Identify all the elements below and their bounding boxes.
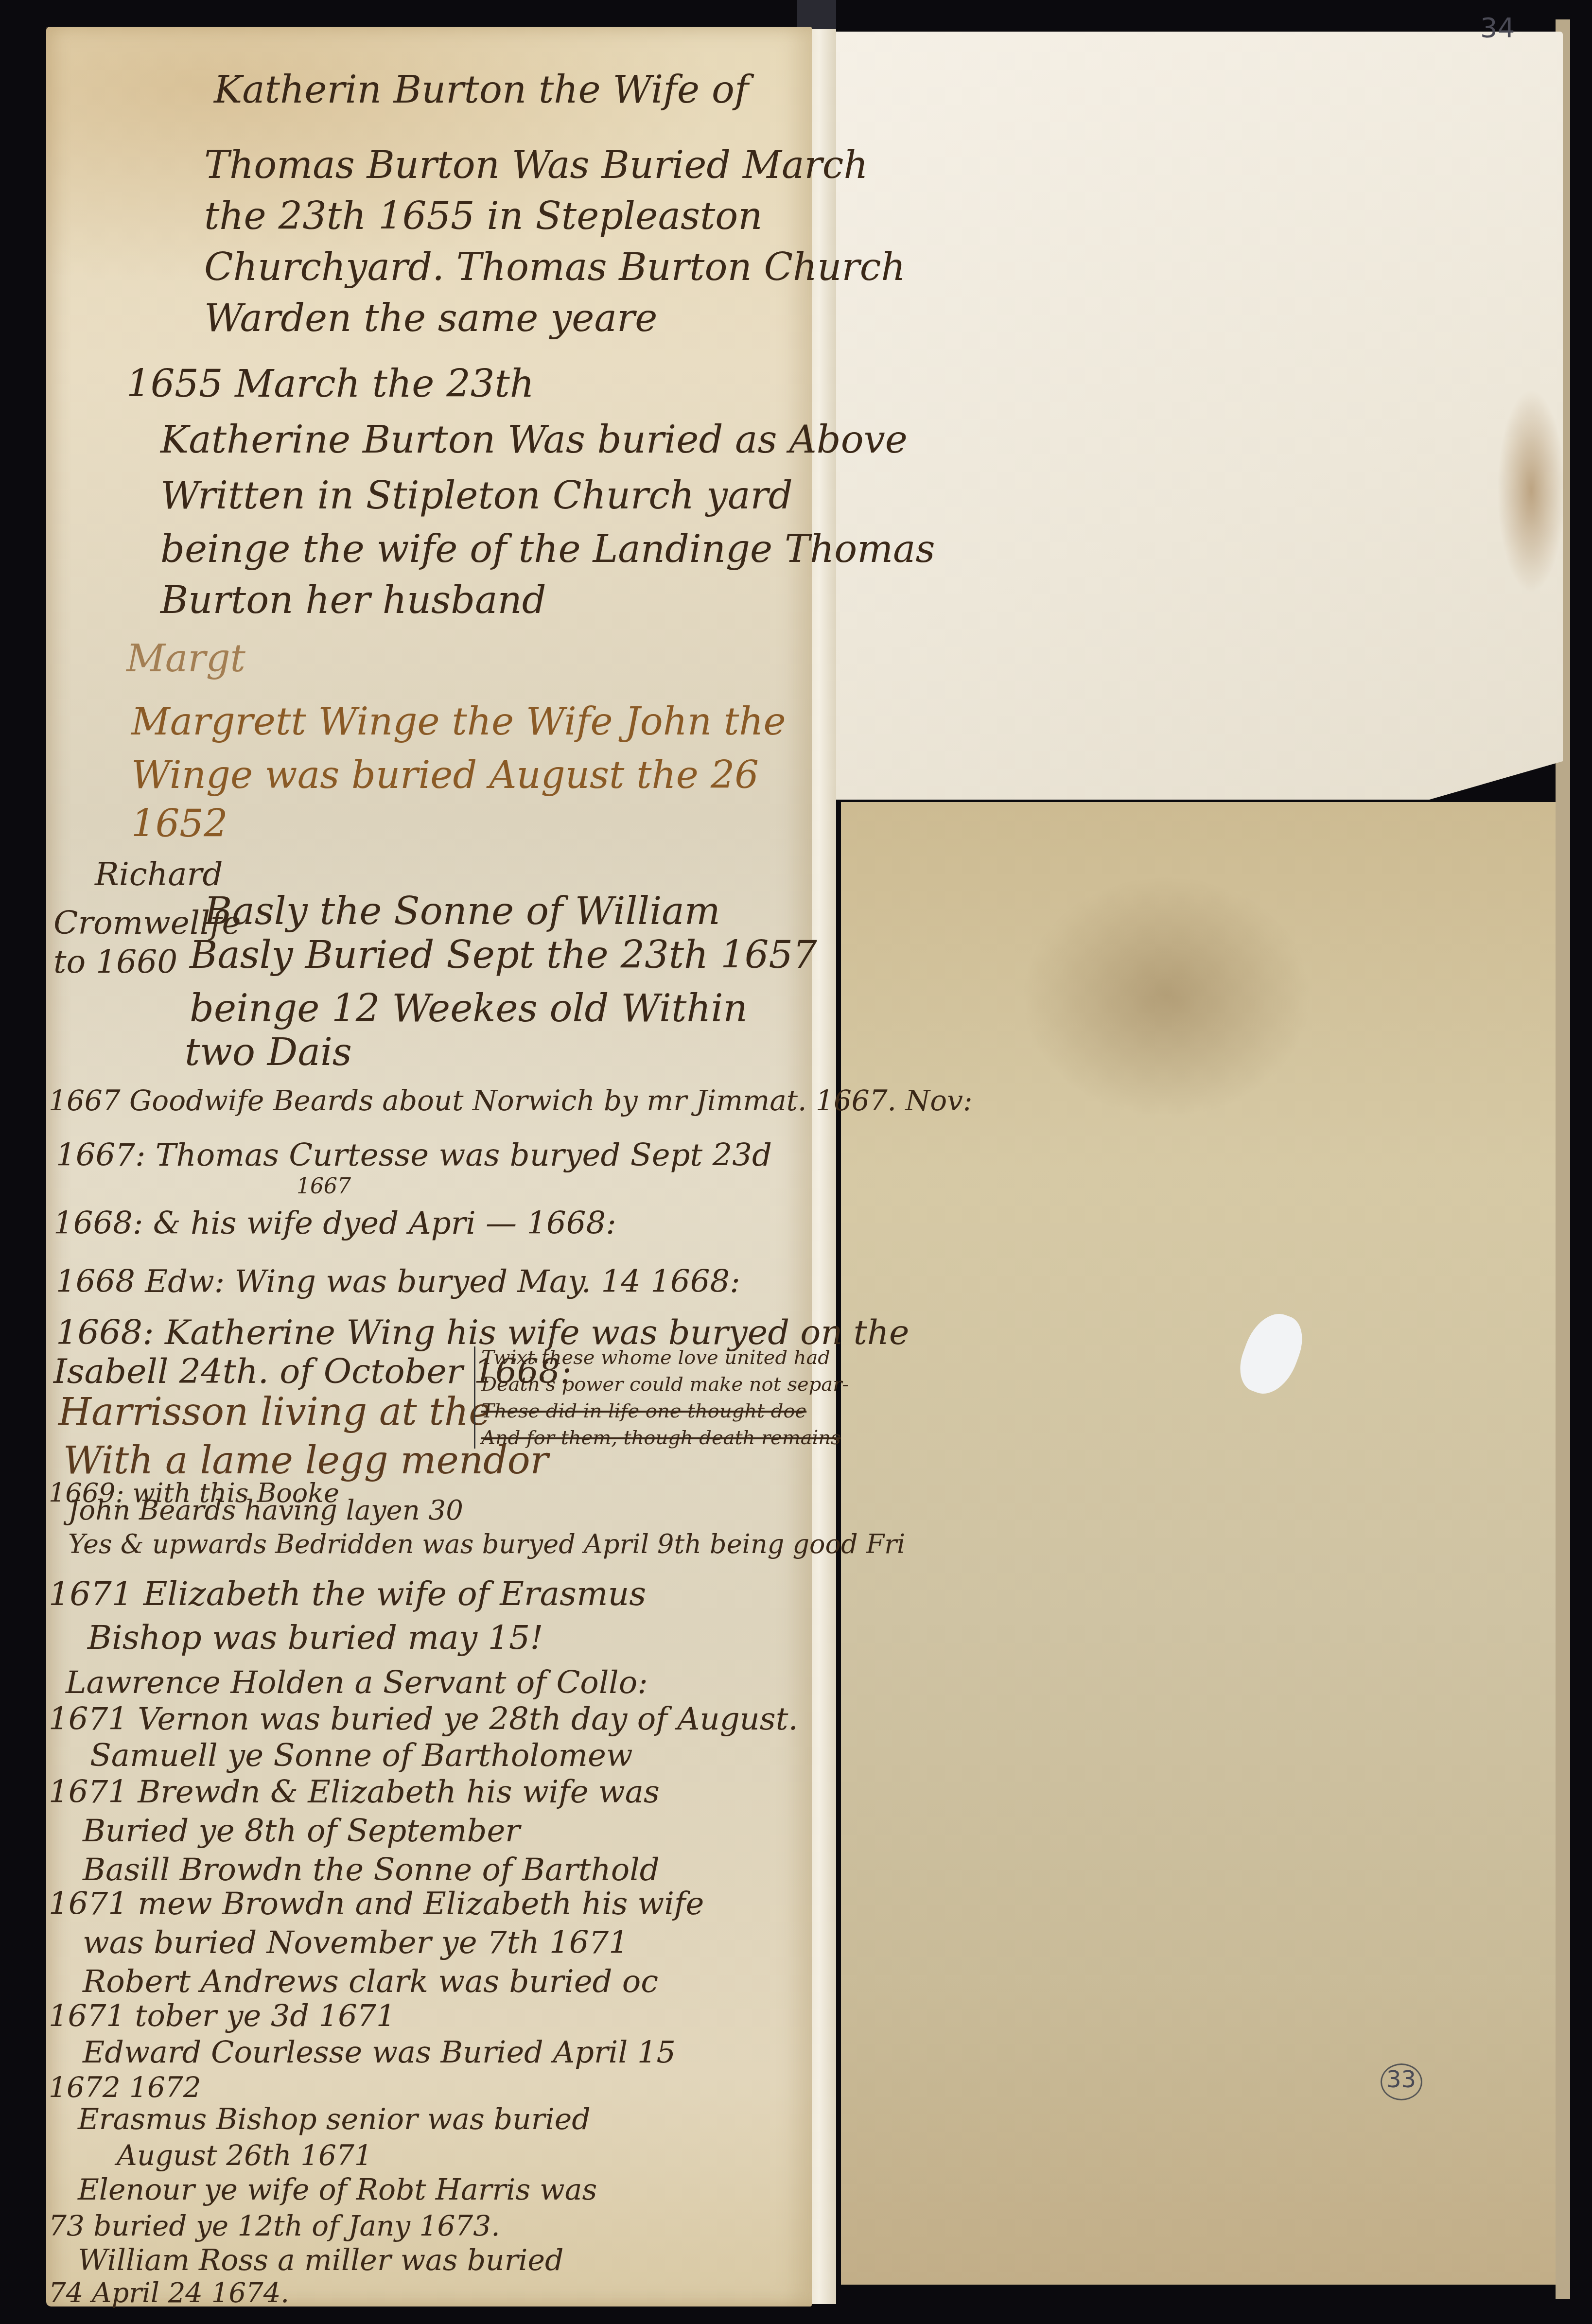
entry-line: was buried November ye 7th 1671: [83, 1925, 629, 1961]
entry-line: Robert Andrews clark was buried oc: [83, 1964, 658, 2000]
entry-line: 1671 Elizabeth the wife of Erasmus: [49, 1575, 646, 1613]
entry-line: 74 April 24 1674.: [49, 2277, 289, 2309]
entry-line: two Dais: [185, 1031, 352, 1074]
entry-line: 1668 Edw: Wing was buryed May. 14 1668:: [56, 1264, 740, 1300]
entry-line: 1655 March the 23th: [126, 362, 534, 406]
margin-annotation: to 1660: [53, 943, 177, 980]
entry-line: Margrett Winge the Wife John the: [131, 700, 786, 744]
entry-line: Katherin Burton the Wife of: [214, 68, 749, 112]
entry-line: 73 buried ye 12th of Jany 1673.: [49, 2209, 500, 2242]
entry-line: Erasmus Bishop senior was buried: [78, 2102, 591, 2136]
entry-line: Burton her husband: [160, 578, 546, 622]
verse-line: Twixt these whome love united had: [481, 1346, 830, 1369]
entry-line: William Ross a miller was buried: [78, 2243, 563, 2277]
memorial-verse: Twixt these whome love united had Death'…: [474, 1346, 816, 1449]
entry-line: Basly Buried Sept the 23th 1657: [190, 933, 817, 977]
interlinear-annotation: Richard: [95, 856, 223, 893]
entry-line: 1671 mew Browdn and Elizabeth his wife: [49, 1886, 704, 1922]
entry-line: 1667: Thomas Curtesse was buryed Sept 23…: [56, 1137, 772, 1173]
entry-line: August 26th 1671: [117, 2139, 372, 2172]
entry-line: John Beards having layen 30: [68, 1495, 463, 1526]
entry-line: the 23th 1655 in Stepleaston: [204, 194, 762, 238]
edge-stain: [1497, 389, 1565, 593]
entry-line: Buried ye 8th of September: [83, 1813, 520, 1849]
entry-line: Written in Stipleton Church yard: [160, 474, 793, 518]
entry-line: Winge was buried August the 26: [131, 753, 759, 797]
entry-line-note: 1667: [297, 1174, 351, 1199]
entry-line: Lawrence Holden a Servant of Collo:: [66, 1665, 648, 1701]
entry-line: beinge 12 Weekes old Within: [190, 987, 748, 1031]
entry-line: 1667 Goodwife Beards about Norwich by mr…: [49, 1084, 972, 1117]
entry-line: 1671 tober ye 3d 1671: [49, 1998, 396, 2033]
entry-line: Churchyard. Thomas Burton Church: [204, 245, 906, 289]
verse-line-struck: And for them, though death remains: [481, 1427, 841, 1449]
verse-line-struck: These did in life one thought doe: [481, 1400, 806, 1422]
entry-line: Yes & upwards Bedridden was buryed April…: [68, 1529, 905, 1559]
entry-line: Edward Courlesse was Buried April 15: [83, 2034, 676, 2070]
entry-line: Samuell ye Sonne of Bartholomew: [90, 1738, 633, 1774]
entry-line: Basly the Sonne of William: [204, 890, 720, 933]
entry-line: 1671 Brewdn & Elizabeth his wife was: [49, 1774, 660, 1810]
entry-line: Katherine Burton Was buried as Above: [160, 418, 908, 462]
entry-line: Bishop was buried may 15!: [87, 1619, 543, 1657]
entry-line: beinge the wife of the Landinge Thomas: [160, 527, 935, 571]
right-page-paper-guard: [822, 32, 1563, 800]
entry-line: 1672 1672: [49, 2071, 201, 2104]
water-stain: [1021, 875, 1312, 1118]
entry-line: Basill Browdn the Sonne of Barthold: [83, 1852, 660, 1888]
entry-line: 1668: & his wife dyed Apri — 1668:: [53, 1206, 616, 1241]
folio-number-top: 34: [1480, 12, 1515, 44]
entry-line: 1652: [131, 802, 228, 846]
entry-line: Warden the same yeare: [204, 297, 657, 340]
entry-line: Elenour ye wife of Robt Harris was: [78, 2173, 597, 2207]
entry-line: Harrisson living at the: [58, 1390, 491, 1434]
folio-number-circled: 33: [1386, 2066, 1416, 2093]
verse-line: Death's power could make not separ-: [481, 1373, 849, 1396]
entry-line-struck: Margt: [126, 637, 245, 681]
entry-line: 1671 Vernon was buried ye 28th day of Au…: [49, 1701, 798, 1737]
entry-line: Thomas Burton Was Buried March: [204, 143, 868, 187]
